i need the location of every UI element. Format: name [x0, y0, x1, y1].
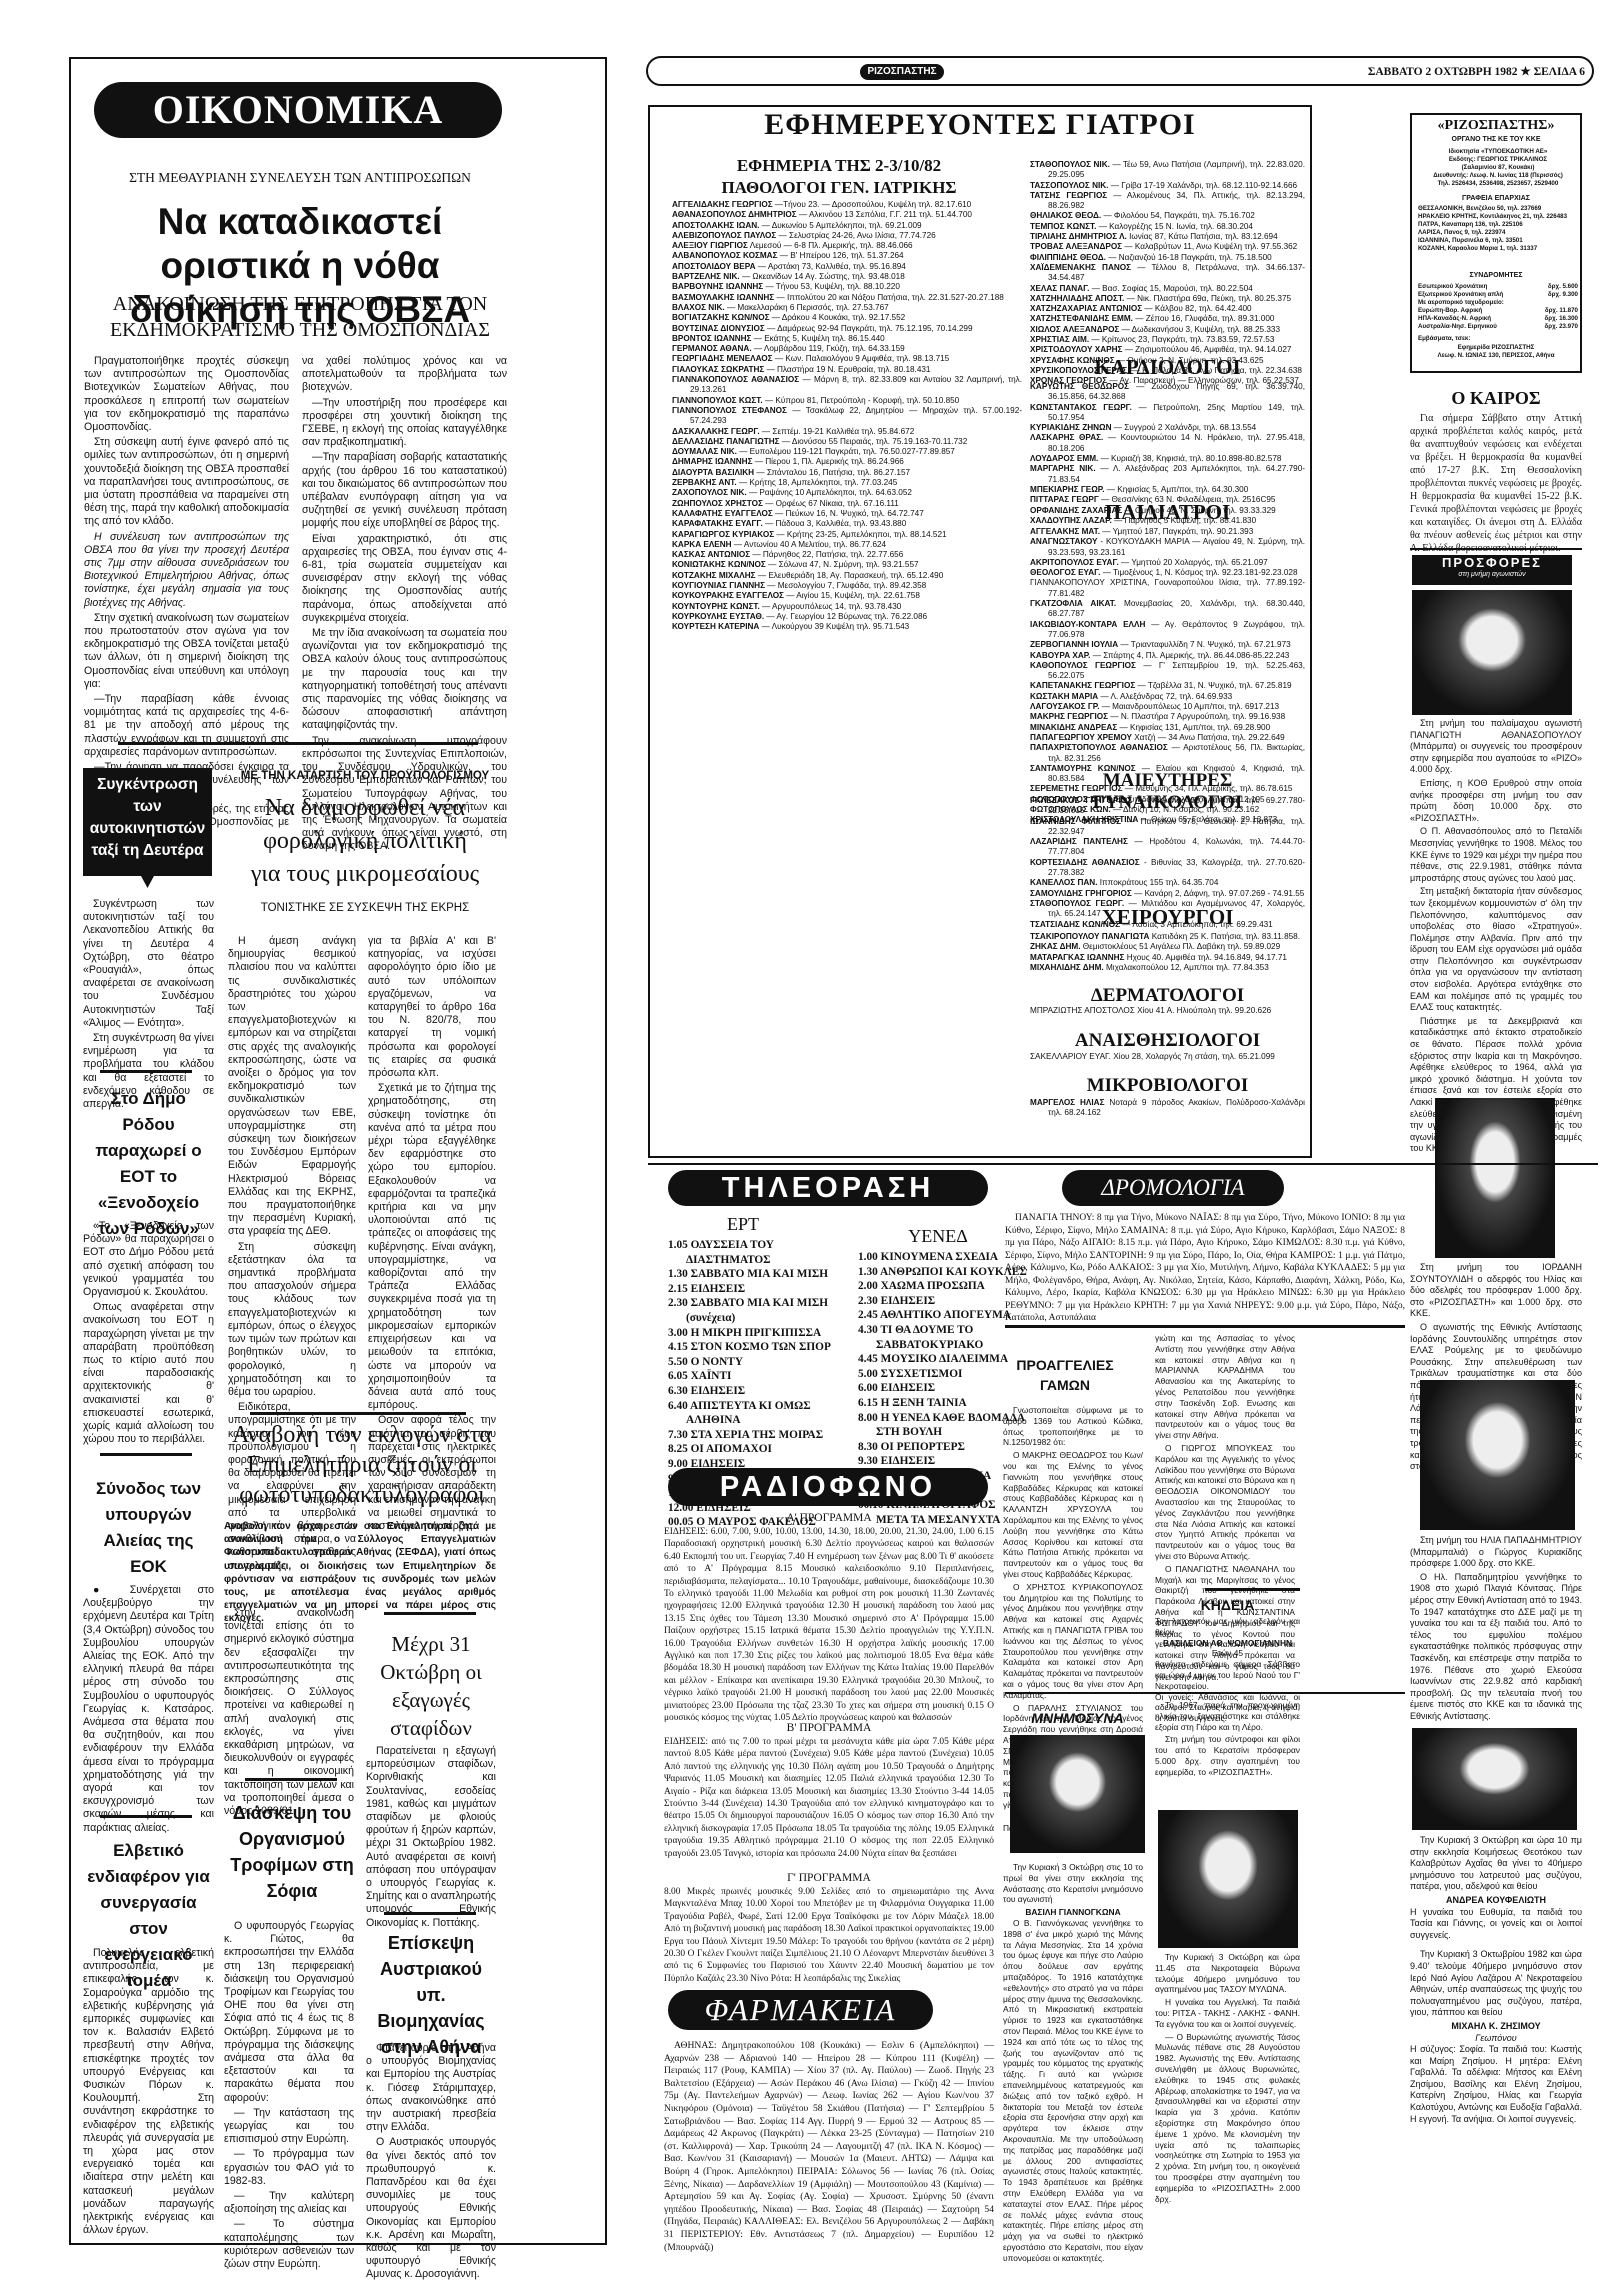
tv-program: 5.00 ΣΥΣΧΕΤΙΣΜΟΙ — [858, 1367, 1028, 1382]
paragraph: Στη σύσκεψη εξετάστηκαν όλα τα σημαντικά… — [228, 1241, 356, 1399]
doctor-entry: ΑΓΓΕΛΙΔΑΚΗΣ ΓΕΩΡΓΙΟΣ —Τήνου 23. — Δροσοπ… — [672, 200, 1022, 210]
doctor-entry: ΓΙΑΝΝΟΠΟΥΛΟΣ ΚΩΣΤ. — Κύπρου 81, Πετρούπο… — [672, 396, 1022, 406]
doctor-entry: ΓΙΑΝΝΑΚΟΠΟΥΛΟΥ ΧΡΙΣΤΙΝΑ, Γουναροπούλου Ι… — [1030, 578, 1305, 599]
paragraph: Η γυναίκα του Αγγελική. Τα παιδιά του: Ρ… — [1155, 1997, 1300, 2029]
doctor-entry: ΛΟΥΔΑΡΟΣ ΕΜΜ. — Κυριαζή 38, Κηφισιά, τηλ… — [1030, 454, 1305, 464]
memorial-text: Την Κυριακή 3 Οκτώβρη και ώρα 10 πμ στην… — [1410, 1835, 1582, 2127]
paragraph: Συγκέντρωση των αυτοκινητιστών ταξί του … — [83, 898, 214, 1030]
doctor-entry: ΧΡΗΣΤΙΑΣ ΑΙΜ. — Κρίτωνος 23, Παγκράτι, τ… — [1030, 335, 1305, 345]
subscription-row: Εσωτερικού Χρονιάτικηδρχ. 5.600 — [1418, 283, 1578, 291]
doctor-entry: ΚΟΤΖΑΚΗΣ ΜΙΧΑΛΗΣ — Ελευθεριάδη 18, Αγ. Π… — [672, 571, 1022, 581]
paragraph: Στη μνήμη του ΗΛΙΑ ΠΑΠΑΔΗΜΗΤΡΙΟΥ (Μπαρμπ… — [1410, 1535, 1582, 1570]
fao-headline: Διάσκεψη του Οργανισμού Τροφίμων στη Σόφ… — [228, 1800, 356, 1904]
doctor-entry: ΚΑΡΑΓΙΩΡΓΟΣ ΚΥΡΙΑΚΟΣ — Κρήτης 23-25, Αμπ… — [672, 530, 1022, 540]
colophon-office: ΠΑΤΡΑ, Καναπαρη 136, τηλ. 225106 — [1418, 221, 1578, 229]
taxi-headline: Συγκέντρωση των αυτοκινητιστών ταξί τη Δ… — [83, 768, 212, 868]
paragraph: — Το πρόγραμμα των εργασιών του ΦΑΟ γιά … — [224, 2148, 354, 2188]
doctor-entry: ΣΤΑΘΟΠΟΥΛΟΣ ΝΙΚ. — Τέω 59, Ανω Πατήσια (… — [1030, 160, 1305, 181]
memorial-title: Γεωπόνου — [1410, 2033, 1582, 2045]
doctor-entry: ΚΟΝΙΩΤΑΚΗΣ ΚΩΝ/ΝΟΣ — Σόλωνα 47, Ν. Σμύρν… — [672, 560, 1022, 570]
wedding-notice: Ο ΧΡΗΣΤΟΣ ΚΥΡΙΑΚΟΠΟΥΛΟΣ του Δημητρίου κα… — [1003, 1582, 1143, 1701]
paragraph: — Την κατάσταση της γεωργίας και του επι… — [224, 2107, 354, 2147]
doctor-entry: ΔΕΛΛΑΣΙΔΗΣ ΠΑΝΑΓΙΩΤΗΣ — Διονύσου 55 Πειρ… — [672, 437, 1022, 447]
colophon-line: Ιδιοκτησία «ΤΥΠΟΕΚΔΟΤΙΚΗ ΑΕ» — [1418, 148, 1578, 156]
swiss-body: Πολυμελής ελβετική αντιπροσωπεία, με επι… — [83, 1947, 214, 2239]
doctor-entry: ΚΟΥΝΤΟΥΡΗΣ ΚΩΝΣΤ. — Αργυρουπόλεως 14, τη… — [672, 602, 1022, 612]
eec-body: ● Συνέρχεται στο Λουξεμβούργο την ερχόμε… — [83, 1584, 214, 1837]
date-page: ΣΑΒΒΑΤΟ 2 ΟΧΤΩΒΡΗ 1982 ★ ΣΕΛΙΔΑ 6 — [1340, 64, 1585, 78]
doctor-entry: ΖΕΡΒΑΚΗΣ ΑΝΤ. — Κρήτης 18, Αμπελόκηποι, … — [672, 478, 1022, 488]
weddings-title: ΠΡΟΑΓΓΕΛΙΕΣ ΓΑΜΩΝ — [1010, 1355, 1120, 1395]
doctor-entry: ΜΑΤΑΡΑΓΚΑΣ ΙΩΑΝΝΗΣ Ηχους 40. Αμφιθέα τηλ… — [1030, 953, 1305, 963]
pathologists-list-continued: ΣΤΑΘΟΠΟΥΛΟΣ ΝΙΚ. — Τέω 59, Ανω Πατήσια (… — [1030, 160, 1305, 387]
doctor-entry: ΑΓΓΕΛΑΚΗΣ ΜΑΤ. — Υμηττού 187, Παγκράτι, … — [1030, 527, 1305, 537]
tax-kicker: ΜΕ ΤΗΝ ΚΑΤΑΡΤΙΣΗ ΤΟΥ ΠΡΟΫΠΟΛΟΓΙΣΜΟΥ — [240, 770, 490, 782]
offerings-banner-title: ΠΡΟΣΦΟΡΕΣ — [1412, 555, 1572, 570]
paragraph: Στη μνήμη του σύντροφοι και φίλοι του απ… — [1155, 1734, 1300, 1777]
section-title-surgeons: ΧΕΙΡΟΥΡΓΟΙ — [1030, 905, 1305, 930]
colophon-office: ΗΡΑΚΛΕΙΟ ΚΡΗΤΗΣ, Κοντιλάκηνος 21, τηλ. 2… — [1418, 213, 1578, 221]
tv-program: 6.05 ΧΑΪΝΤΙ — [668, 1369, 833, 1384]
doctor-entry: ΑΛΒΑΝΟΠΟΥΛΟΣ ΚΟΣΜΑΣ — Β' Ηπείρου 126, τη… — [672, 251, 1022, 261]
offerings-banner-subtitle: στη μνήμη αγωνιστών — [1412, 570, 1572, 580]
subscription-label: Με αεροπορικό ταχυδρομείο: — [1418, 299, 1504, 307]
colophon-office: ΙΩΑΝΝΙΝΑ, Πυρσινέλα 6, τηλ. 33501 — [1418, 237, 1578, 245]
subscription-row: Εξωτερικού Χρονιάτικη απλήδρχ. 9.300 — [1418, 291, 1578, 299]
portrait-photo — [1010, 1735, 1145, 1853]
subscription-row: Αυστραλία-Νησ. Ειρηνικούδρχ. 23.970 — [1418, 323, 1578, 331]
doctor-entry: ΚΟΥΚΟΥΡΑΚΗΣ ΕΥΑΓΓΕΛΟΣ — Αιγίου 15, Κυψέλ… — [672, 591, 1022, 601]
doctor-entry: ΧΑΤΖΗΖΑΧΑΡΙΑΣ ΑΝΤΩΝΙΟΣ — Κάλβου 82, τηλ.… — [1030, 304, 1305, 314]
doctor-entry: ΔΑΣΚΑΛΑΚΗΣ ΓΕΩΡΓ. — Σεπτέμ. 19-21 Καλλιθ… — [672, 427, 1022, 437]
paragraph: —Την παραβίαση σοβαρής καταστατικής αρχή… — [302, 451, 507, 530]
subscription-price: δρχ. 23.970 — [1544, 323, 1578, 331]
austria-body: Φτάνει αύριο στην Αθήνα ο υπουργός Βιομη… — [366, 2042, 496, 2284]
doctor-entry: ΧΙΩΛΟΣ ΑΛΕΞΑΝΔΡΟΣ — Δωδεκανήσου 3, Κυψέλ… — [1030, 325, 1305, 335]
paragraph: Είναι χαρακτηριστικό, ότι στις αρχαιρεσί… — [302, 533, 507, 625]
doctor-entry: ΒΑΡΒΟΥΝΗΣ ΙΩΑΝΝΗΣ — Τήνου 53, Κυψέλη, τη… — [672, 282, 1022, 292]
radio-program-a: ΕΙΔΗΣΕΙΣ: 6.00, 7.00, 9.00, 10.00, 13.00… — [664, 1526, 994, 1725]
doctor-entry: ΒΡΟΝΤΟΣ ΙΩΑΝΝΗΣ — Εκάτης 5, Κυψέλη τηλ. … — [672, 334, 1022, 344]
divider — [1410, 548, 1582, 550]
tv-program: 4.30 ΤΙ ΘΑ ΔΟΥΜΕ ΤΟ ΣΑΒΒΑΤΟΚΥΡΙΑΚΟ — [858, 1323, 1028, 1352]
memorial-name: ΑΝΔΡΕΑ ΚΟΥΦΕΛΙΩΤΗ — [1410, 1895, 1582, 1907]
divider — [250, 1412, 466, 1415]
paragraph: Ο Αυστριακός υπουργός θα γίνει δεκτός απ… — [366, 2136, 496, 2281]
tv-program: 2.45 ΑΘΛΗΤΙΚΟ ΑΠΟΓΕΥΜΑ — [858, 1308, 1028, 1323]
colophon-office: ΘΕΣΣΑΛΟΝΙΚΗ, Βενιζέλου 50, τηλ. 237669 — [1418, 205, 1578, 213]
paragraph: —Την παραβίαση κάθε έννοιας νομιμότητας … — [84, 693, 289, 759]
paragraph: — Ο Βυρωνιώτης αγωνιστής Τάσος Μυλωνάς π… — [1155, 2032, 1300, 2205]
ships-schedule: ΠΑΝΑΓΙΑ ΤΗΝΟΥ: 8 πμ για Τήνο, Μύκονο ΝΑΪ… — [1005, 1212, 1405, 1325]
funeral-lead: Τον λατρευτόν μας υιόν, αδελφόν και θείο… — [1155, 1616, 1300, 1638]
radio-banner: ΡΑΔΙΟΦΩΝΟ — [668, 1468, 988, 1506]
doctor-entry: ΚΟΥΓΙΟΥΝΙΑΣ ΓΙΑΝΝΗΣ — Μεσολογγίου 7, Γλυ… — [672, 581, 1022, 591]
section-title-pathologists: ΠΑΘΟΛΟΓΟΙ ΓΕΝ. ΙΑΤΡΙΚΗΣ — [664, 178, 1014, 198]
duty-date: ΕΦΗΜΕΡΙΑ ΤΗΣ 2-3/10/82 — [664, 156, 1014, 176]
colophon-line: Εφημερίδα ΡΙΖΟΣΠΑΣΤΗΣ — [1412, 344, 1580, 352]
divider — [648, 1163, 1598, 1165]
phototypists-headline: Αναβολή των εκλογών στα Επιμελητήρια ζητ… — [228, 1420, 496, 1510]
doctor-entry: ΧΑΪΔΕΜΕΝΑΚΗΣ ΠΑΝΟΣ — Τέλλου 8, Πετράλωνα… — [1030, 263, 1305, 284]
colophon-subscriptions: Εσωτερικού Χρονιάτικηδρχ. 5.600Εξωτερικο… — [1418, 283, 1578, 331]
doctor-entry: ΖΩΗΠΟΥΛΟΣ ΧΡΗΣΤΟΣ — Ορφέως 67 Νίκαια, τη… — [672, 499, 1022, 509]
paragraph: Οπως αναφέρεται στην ανακοίνωση του ΕΟΤ … — [83, 1301, 214, 1446]
colophon-title: «ΡΙΖΟΣΠΑΣΤΗΣ» — [1412, 118, 1580, 134]
colophon-office: ΚΟΖΑΝΗ, Καραολου Μαρια 1, τηλ. 31337 — [1418, 245, 1578, 253]
doctor-entry: ΖΗΚΑΣ ΔΗΜ. Θεμιστοκλέους 51 Αιγάλεω Πλ. … — [1030, 942, 1305, 952]
portrait-photo — [1435, 1098, 1555, 1258]
section-title-cardiologists: ΚΑΡΔΙΟΛΟΓΟΙ — [1030, 355, 1305, 380]
tv-program: 2.15 ΕΙΔΗΣΕΙΣ — [668, 1282, 833, 1297]
subscription-price: δρχ. 5.600 — [1548, 283, 1578, 291]
tv-program: 1.30 ΣΑΒΒΑΤΟ ΜΙΑ ΚΑΙ ΜΙΣΗ — [668, 1267, 833, 1282]
doctor-entry: ΑΚΡΙΤΟΠΟΥΛΟΣ ΕΥΑΓ. — Υμηττού 20 Χολαργός… — [1030, 558, 1305, 568]
radio-program-c: 8.00 Μικρές πρωινές μουσικές 9.00 Σελίδε… — [664, 1886, 994, 1985]
subscription-price: δρχ. 9.300 — [1548, 291, 1578, 299]
tv-program: 8.25 ΟΙ ΑΠΟΜΑΧΟΙ — [668, 1442, 833, 1457]
doctor-entry: ΚΥΡΙΑΚΙΔΗΣ ΖΗΝΩΝ — Συγγρού 2 Χαλάνδρι, τ… — [1030, 423, 1305, 433]
doctor-entry: ΤΡΟΒΑΣ ΑΛΕΞΑΝΔΡΟΣ — Καλαβρύτων 11, Ανω Κ… — [1030, 242, 1305, 252]
doctor-entry: ΚΑΘΟΠΟΥΛΟΣ ΓΕΩΡΓΙΟΣ — Γ' Σεπτεμβρίου 19,… — [1030, 661, 1305, 682]
paragraph: Η συνέλευση των αντιπροσώπων της ΟΒΣΑ πο… — [84, 531, 289, 610]
doctor-entry: ΘΗΛΙΑΚΟΣ ΘΕΟΔ. — Φιλολόου 54, Παγκράτι, … — [1030, 211, 1305, 221]
funeral-age: Ετών 45 — [1155, 1648, 1300, 1659]
doctor-entry: ΔΟΥΜΑΛΑΣ ΝΙΚ. — Ευπολέμου 119-121 Παγκρά… — [672, 447, 1022, 457]
pharmacies-list: ΑΘΗΝΑΣ: Δημητρακοπούλου 108 (Κουκάκι) — … — [664, 2040, 994, 2254]
tv-program: 1.00 ΚΙΝΟΥΜΕΝΑ ΣΧΕΔΙΑ — [858, 1250, 1028, 1265]
tax-subhead: ΤΟΝΙΣΤΗΚΕ ΣΕ ΣΥΣΚΕΨΗ ΤΗΣ ΕΚΡΗΣ — [240, 902, 490, 914]
paragraph: Το 1967, παρά την προχωρημένη ηλικία του… — [1155, 1700, 1300, 1732]
doctor-entry: ΜΠΡΑΖΙΩΤΗΣ ΑΠΟΣΤΟΛΟΣ Χίου 41 Α. Ηλιούπολ… — [1030, 1006, 1305, 1016]
offering-text: Στη μνήμη του ΗΛΙΑ ΠΑΠΑΔΗΜΗΤΡΙΟΥ (Μπαρμπ… — [1410, 1535, 1582, 1725]
doctor-entry: ΓΙΑΛΟΥΚΑΣ ΣΩΚΡΑΤΗΣ — Πλαστήρα 19 Ν. Ερυθ… — [672, 365, 1022, 375]
colophon-details: Ιδιοκτησία «ΤΥΠΟΕΚΔΟΤΙΚΗ ΑΕ»Εκδότης: ΓΕΩ… — [1418, 148, 1578, 188]
doctor-entry: ΑΠΟΣΤΟΛΑΚΗΣ ΙΩΑΝ. — Δυκωνίου 5 Αμπελόκηπ… — [672, 221, 1022, 231]
doctor-entry: ΘΕΟΛΟΓΟΣ ΕΥΑΓ. — Τιμοξένους 1, Ν. Κόσμος… — [1030, 568, 1305, 578]
tv-program: 4.15 ΣΤΟΝ ΚΟΣΜΟ ΤΩΝ ΣΠΟΡ — [668, 1340, 833, 1355]
paragraph: Γνωστοποιείται σύμφωνα με το άρθρο 1369 … — [1003, 1405, 1143, 1448]
doctor-entry: ΒΟΓΙΑΤΖΑΚΗΣ ΚΩΝ/ΝΟΣ — Δράκου 4 Κουκάκι, … — [672, 313, 1022, 323]
colophon-office: ΛΑΡΙΣΑ, Πανος 9, τηλ. 223974 — [1418, 229, 1578, 237]
doctor-entry: ΚΑΡΑΦΑΤΑΚΗΣ ΕΥΑΓΓ. — Πάδουα 3, Καλλιθέα,… — [672, 519, 1022, 529]
paragraph: να χαθεί πολύτιμος χρόνος και να αποτελμ… — [302, 355, 507, 395]
paragraph: Ο Π. Αθανασόπουλος από το Πεταλίδι Μεσση… — [1410, 826, 1582, 884]
wedding-notice: Ο ΓΙΩΡΓΟΣ ΜΠΟΥΚΕΑΣ του Καρόλου και της Α… — [1155, 1443, 1295, 1562]
colophon-remit-label: Εμβάσματα, τσεκ: — [1418, 335, 1578, 342]
subscription-row: Ευρώπη-Βορ. Αφρικήδρχ. 11.870 — [1418, 307, 1578, 315]
colophon-line: (Σαλαμινίου 87, Κουκάκι) — [1418, 164, 1578, 172]
portrait-photo — [1158, 1810, 1298, 1948]
doctor-entry: ΧΑΤΖΗΣΤΕΦΑΝΙΔΗΣ ΕΜΜ. — Ζέπου 16, Γλυφάδα… — [1030, 314, 1305, 324]
memorial-text: Την Κυριακή 3 Οκτώβρη και ώρα 11.45 στα … — [1155, 1952, 1300, 2206]
subscription-price: δρχ. 16.300 — [1544, 315, 1578, 323]
colophon-remit: Εφημερίδα ΡΙΖΟΣΠΑΣΤΗΣΛεωφ. Ν. ΙΩΝΙΑΣ 130… — [1412, 344, 1580, 360]
paragraph: Πολυμελής ελβετική αντιπροσωπεία, με επι… — [83, 1947, 214, 2237]
doctor-entry: ΛΑΖΑΡΙΔΗΣ ΠΑΝΤΕΛΗΣ — Ηροδότου 4, Κολωνάκ… — [1030, 837, 1305, 858]
doctor-entry: ΔΗΜΑΡΗΣ ΙΩΑΝΝΗΣ — Πίερου 1, Πλ. Αμερικής… — [672, 457, 1022, 467]
paper-name: ΡΙΖΟΣΠΑΣΤΗΣ — [860, 64, 944, 80]
tv-program: 4.45 ΜΟΥΣΙΚΟ ΔΙΑΛΕΙΜΜΑ — [858, 1352, 1028, 1367]
pharmacies-banner: ΦΑΡΜΑΚΕΙΑ — [668, 1990, 933, 2030]
radio-program-b-title: Β' ΠΡΟΓΡΑΜΜΑ — [664, 1722, 994, 1734]
ships-banner: ΔΡΟΜΟΛΟΓΙΑ ΠΛΟΙΩΝ — [1062, 1170, 1284, 1206]
portrait-photo — [1412, 1728, 1577, 1830]
tv-channel-ert: ΕΡΤ — [668, 1214, 818, 1235]
tv-program: 7.30 ΣΤΑ ΧΕΡΙΑ ΤΗΣ ΜΟΙΡΑΣ — [668, 1428, 833, 1443]
section-title-dermatologists: ΔΕΡΜΑΤΟΛΟΓΟΙ — [1030, 985, 1305, 1007]
doctor-entry: ΧΕΛΑΣ ΠΑΝΑΓ. — Βασ. Σοφίας 15, Μαρούσι, … — [1030, 284, 1305, 294]
funeral-title: ΚΗΔΕΙΑ — [1155, 1597, 1300, 1613]
doctor-entry: ΣΑΜΟΥΛΙΔΗΣ ΓΡΗΓΟΡΙΟΣ — Κανάρη 2, Δάφνη, … — [1030, 889, 1305, 899]
doctor-entry: ΤΕΜΠΟΣ ΚΩΝΣΤ. — Καλογρέζης 15 Ν. Ιωνία, … — [1030, 222, 1305, 232]
raisins-headline: Μέχρι 31 Οκτώβρη οι εξαγωγές σταφίδων — [366, 1630, 496, 1742]
paragraph: Στην σχετική ανακοίνωση των σωματείων πο… — [84, 612, 289, 691]
dermatologists-list: ΜΠΡΑΖΙΩΤΗΣ ΑΠΟΣΤΟΛΟΣ Χίου 41 Α. Ηλιούπολ… — [1030, 1006, 1305, 1016]
doctor-entry: ΚΑΠΕΤΑΝΑΚΗΣ ΓΕΩΡΓΙΟΣ — Τζαβέλλα 31, Ν. Ψ… — [1030, 681, 1305, 691]
tax-headline: Να διαμορφωθεί νέα φορολογική πολιτική γ… — [250, 792, 480, 891]
tv-program: 1.30 ΑΝΘΡΩΠΟΙ ΚΑΙ ΚΟΥΚΛΕΣ — [858, 1265, 1028, 1280]
doctor-entry: ΚΟΥΡΚΟΥΛΗΣ ΕΥΣΤΑΘ. — Αγ. Γεωργίου 12 Βύρ… — [672, 612, 1022, 622]
divider — [384, 1912, 476, 1915]
paragraph: — Την καλύτερη αξιοποίηση της αλιείας κα… — [224, 2190, 354, 2216]
divider — [118, 742, 478, 745]
paragraph: —Την υποστήριξη που προσέφερε και προσφέ… — [302, 397, 507, 450]
anesthesiologists-list: ΣΑΚΕΛΛΑΡΙΟΥ ΕΥΑΓ. Χίου 28, Χολαργός 7η σ… — [1030, 1052, 1305, 1062]
memorial-name: ΜΙΧΑΗΛ Κ. ΖΗΣΙΜΟΥ — [1410, 2021, 1582, 2033]
doctor-entry: ΑΛΕΞΙΟΥ ΓΙΩΡΓΙΟΣ Λεμεσού — 6-8 Πλ. Αμερι… — [672, 241, 1022, 251]
subscription-price: δρχ. 11.870 — [1545, 307, 1578, 315]
doctor-entry: ΧΑΤΖΗΗΛΙΑΔΗΣ ΑΠΟΣΤ. — Νικ. Πλαστήρα 69α,… — [1030, 294, 1305, 304]
paragraph: ● Συνέρχεται στο Λουξεμβούργο την ερχόμε… — [83, 1584, 214, 1835]
colophon-line: Τηλ. 2526434, 2536498, 2523657, 2529400 — [1418, 180, 1578, 188]
tv-program: 6.30 ΕΙΔΗΣΕΙΣ — [668, 1384, 833, 1399]
doctor-entry: ΜΠΕΚΙΑΡΗΣ ΓΕΩΡ. — Κηφισίας 5, Αμπ/ποι, τ… — [1030, 485, 1305, 495]
colophon-subtitle: ΟΡΓΑΝΟ ΤΗΣ ΚΕ ΤΟΥ ΚΚΕ — [1412, 136, 1580, 143]
doctor-entry: ΚΑΣΚΑΣ ΑΝΤΩΝΙΟΣ — Πάρνηθος 22, Πατήσια, … — [672, 550, 1022, 560]
doctor-entry: ΤΑΣΣΟΠΟΥΛΟΣ ΝΙΚ. — Γρίβα 17-19 Χαλάνδρι,… — [1030, 181, 1305, 191]
doctor-entry: ΑΠΟΣΤΟΛΙΔΟΥ ΒΕΡΑ — Αρστάκη 73, Καλλιθέα,… — [672, 262, 1022, 272]
doctor-entry: ΜΑΡΓΑΡΗΣ ΝΙΚ. — Λ. Αλεξάνδρας 203 Αμπελό… — [1030, 464, 1305, 485]
doctor-entry: ΓΚΛΕΖΑΚΟΣ ΓΡΗΓΟΡΙΟΣ — Κηφισίας 58, Αμπ/π… — [1030, 796, 1305, 817]
section-title-pediatricians: ΠΑΙΔΙΑΤΡΟΙ — [1030, 500, 1305, 525]
doctor-entry: ΔΙΑΟΥΡΤΑ ΒΑΣΙΛΙΚΗ — Σπάνταλου 16, Πατήσι… — [672, 468, 1022, 478]
tv-program: 6.40 ΑΠΙΣΤΕΥΤΑ ΚΙ ΟΜΩΣ ΑΛΗΘΙΝΑ — [668, 1399, 833, 1428]
weather-text: Για σήμερα Σάββατο στην Αττική αρχικά πρ… — [1410, 412, 1582, 555]
paragraph: «Το «Ξενοδοχείο των Ρόδων» θα παραχωρήσε… — [83, 1220, 214, 1299]
doctor-entry: ΑΝΑΓΝΩΣΤΑΚΟΥ - ΚΟΥΚΟΥΔΑΚΗ ΜΑΡΙΑ — Αιγαίο… — [1030, 537, 1305, 558]
divider — [100, 1070, 192, 1073]
lead-kicker: ΣΤΗ ΜΕΘΑΥΡΙΑΝΗ ΣΥΝΕΛΕΥΣΗ ΤΩΝ ΑΝΤΙΠΡΟΣΩΠΩ… — [90, 170, 510, 186]
subscription-label: Ευρώπη-Βορ. Αφρική — [1418, 307, 1482, 315]
tv-program: 6.00 ΕΙΔΗΣΕΙΣ — [858, 1381, 1028, 1396]
doctor-entry: ΚΩΝΣΤΑΝΤΑΚΟΣ ΓΕΩΡΓ. — Πετρούπολη, 25ης Μ… — [1030, 403, 1305, 424]
doctor-entry: ΜΙΝΑΚΙΔΗΣ ΑΝΔΡΕΑΣ — Κηφισίας 131, Αμπ/πο… — [1030, 723, 1305, 733]
portrait-photo — [1420, 1380, 1575, 1530]
doctor-entry: ΤΑΤΣΗΣ ΓΕΩΡΓΙΟΣ — Αλκομένους 34, Πλ. Αττ… — [1030, 191, 1305, 212]
doctor-entry: ΜΑΡΓΕΛΟΣ ΗΛΙΑΣ Νοταρά 9 πάροδος Ακακίων,… — [1030, 1098, 1305, 1119]
doctor-entry: ΤΣΑΚΙΡΟΠΟΥΛΟΥ ΠΑΝΑΓΙΩΤΑ Καπιδάκη 25 Κ. Π… — [1030, 932, 1305, 942]
paragraph: Ο υφυπουργός Γεωργίας κ. Γιώτος, θα εκπρ… — [224, 1920, 354, 2105]
paragraph: Την Κυριακή 3 Οκτωβρίου 1982 και ώρα 9.4… — [1410, 1949, 1582, 2019]
austria-headline: Επίσκεψη Αυστριακού υπ. Βιομηχανίας στην… — [366, 1930, 496, 2060]
paragraph: Επίσης, η ΚΟΘ Ερυθρού στην οποία ανήκε π… — [1410, 778, 1582, 824]
paragraph: Την Κυριακή 3 Οκτώβρη και ώρα 10 πμ στην… — [1410, 1835, 1582, 1893]
memorial-name: ΒΑΣΙΛΗ ΓΙΑΝΝΟΓΚΩΝΑ — [1003, 1907, 1143, 1918]
divider — [384, 1612, 476, 1615]
offerings-banner: ΠΡΟΣΦΟΡΕΣ στη μνήμη αγωνιστών — [1412, 555, 1572, 585]
colophon-line: Διευθυντής: Λεωφ. Ν. Ιωνίας 118 (Περισσό… — [1418, 172, 1578, 180]
tv-program: 2.30 ΕΙΔΗΣΕΙΣ — [858, 1294, 1028, 1309]
doctor-entry: ΜΑΚΡΗΣ ΓΕΩΡΓΙΟΣ — Ν. Πλαστήρα 7 Αργυρούπ… — [1030, 712, 1305, 722]
paragraph: Ο Ηλ. Παπαδημητρίου γεννήθηκε το 1908 στ… — [1410, 1572, 1582, 1723]
pathologists-list: ΑΓΓΕΛΙΔΑΚΗΣ ΓΕΩΡΓΙΟΣ —Τήνου 23. — Δροσοπ… — [672, 200, 1022, 632]
divider — [100, 1453, 192, 1456]
colophon-line: Λεωφ. Ν. ΙΩΝΙΑΣ 130, ΠΕΡΙΣΣΟΣ, Αθήνα — [1412, 352, 1580, 360]
tv-program: 3.00 Η ΜΙΚΡΗ ΠΡΙΓΚΙΠΙΣΣΑ — [668, 1326, 833, 1341]
doctor-entry: ΓΕΩΡΓΙΑΔΗΣ ΜΕΝΕΛΑΟΣ — Κων. Παλαιολόγου 9… — [672, 354, 1022, 364]
phototypists-body: Στην ανακοίνωση τονίζεται επίσης ότι το … — [224, 1607, 354, 1818]
lead-subhead: ΑΝΑΚΟΙΝΩΣΗ ΤΗΣ ΕΠΙΤΡΟΠΗΣ ΓΙΑ ΤΟΝ ΕΚΔΗΜΟΚ… — [95, 291, 505, 343]
taxi-headline-box: Συγκέντρωση των αυτοκινητιστών ταξί τη Δ… — [83, 768, 212, 888]
doctor-entry: ΚΑΝΕΛΛΟΣ ΠΑΝ. Ιπποκράτους 155 τηλ. 64.35… — [1030, 878, 1305, 888]
paragraph: Την Κυριακή 3 Οκτώβρη στις 10 το πρωί θα… — [1003, 1862, 1143, 1905]
tv-program: 2.30 ΣΑΒΒΑΤΟ ΜΙΑ ΚΑΙ ΜΙΣΗ (συνέχεια) — [668, 1296, 833, 1325]
colophon-subs-title: ΣΥΝΔΡΟΜΗΤΕΣ — [1412, 272, 1580, 279]
doctor-entry: ΣΑΚΕΛΛΑΡΙΟΥ ΕΥΑΓ. Χίου 28, Χολαργός 7η σ… — [1030, 1052, 1305, 1062]
doctor-entry: ΦΙΛΙΠΠΙΔΗΣ ΘΕΟΔ. — Ναζιανζού 16-18 Παγκρ… — [1030, 253, 1305, 263]
radio-program-c-title: Γ' ΠΡΟΓΡΑΜΜΑ — [664, 1872, 994, 1884]
offering-text: Στη μνήμη του παλαίμαχου αγωνιστή ΠΑΝΑΓΙ… — [1410, 718, 1582, 1157]
divider — [1205, 1588, 1300, 1591]
colophon-offices: ΘΕΣΣΑΛΟΝΙΚΗ, Βενιζέλου 50, τηλ. 237669ΗΡ… — [1418, 205, 1578, 253]
paragraph: Την Κυριακή 3 Οκτώβρη και ώρα 11.45 στα … — [1155, 1952, 1300, 1995]
section-title-anesthesiologists: ΑΝΑΙΣΘΗΣΙΟΛΟΓΟΙ — [1030, 1030, 1305, 1052]
doctor-entry: ΛΑΣΚΑΡΗΣ ΘΡΑΣ. — Κουντουριώτου 14 Ν. Ηρά… — [1030, 433, 1305, 454]
paragraph: — Το σύστημα καταπολέμησης των κυριότερω… — [224, 2218, 354, 2271]
subscription-label: ΗΠΑ-Καναδάς-Ν. Αφρική — [1418, 315, 1491, 323]
paragraph: Στη μεταξική δικτατορία ήταν σύνδεσμος τ… — [1410, 886, 1582, 1014]
doctor-entry: ΑΛΕΒΙΖΟΠΟΥΛΟΣ ΠΑΥΛΟΣ — Σελυστρίας 24-26,… — [672, 231, 1022, 241]
colophon-offices-title: ΓΡΑΦΕΙΑ ΕΠΑΡΧΙΑΣ — [1412, 195, 1580, 202]
funeral-text: θανόντα κηδεύομε σήμερα Σάββατο και ώρα … — [1155, 1659, 1300, 1691]
paragraph: Με την ίδια ανακοίνωση τα σωματεία που α… — [302, 627, 507, 733]
paragraph: Η άμεση ανάγκη δημιουργίας θεσμικού πλαι… — [228, 935, 356, 1239]
doctor-entry: ΒΑΣΜΟΥΛΑΚΗΣ ΙΩΑΝΝΗΣ — Ιππολύτου 20 και Ν… — [672, 293, 1022, 303]
subscription-row: Με αεροπορικό ταχυδρομείο: — [1418, 299, 1578, 307]
paragraph: Στη μνήμη του παλαίμαχου αγωνιστή ΠΑΝΑΓΙ… — [1410, 718, 1582, 776]
wedding-notice: γιώτη και της Ασπασίας το γένος Αντίστη … — [1155, 1333, 1295, 1441]
doctor-entry: ΓΙΑΝΝΟΠΟΥΛΟΣ ΣΤΕΦΑΝΟΣ — Τσακάλωφ 22, Δημ… — [672, 406, 1022, 427]
colophon-line: Εκδότης: ΓΕΩΡΓΙΟΣ ΤΡΙΚΑΛΙΝΟΣ — [1418, 156, 1578, 164]
doctor-entry: ΚΑΡΚΑ ΕΛΕΝΗ — Αντωνίου 40 Α Μελιτίου, τη… — [672, 540, 1022, 550]
paragraph: για τα βιβλία Α' και Β' κατηγορίας, να ι… — [368, 935, 496, 1080]
doctor-entry: ΓΙΑΝΝΑΚΟΠΟΥΛΟΣ ΑΘΑΝΑΣΙΟΣ — Μάρνη 8, τηλ.… — [672, 375, 1022, 396]
doctor-entry: ΛΑΓΟΥΣΑΚΟΣ ΓΡ. — Μαιανδρουπόλεως 10 Αμπ/… — [1030, 702, 1305, 712]
doctor-entry: ΚΑΛΑΦΑΤΗΣ ΕΥΑΓΓΕΛΟΣ — Πεύκων 16, Ν. Ψυχι… — [672, 509, 1022, 519]
taxi-body: Συγκέντρωση των αυτοκινητιστών ταξί του … — [83, 898, 214, 1113]
doctor-entry: ΠΑΠΑΓΕΩΡΓΙΟΥ ΧΡΕΜΟΥ Χατζή — 34 Ανω Πατήσ… — [1030, 733, 1305, 743]
doctors-title: ΕΦΗΜΕΡΕΥΟΝΤΕΣ ΓΙΑΤΡΟΙ — [660, 108, 1300, 142]
tv-channel-yened: ΥΕΝΕΔ — [858, 1226, 1018, 1247]
wedding-notice: Ο ΜΑΚΡΗΣ ΘΕΟΔΩΡΟΣ του Κων/νου και της Ελ… — [1003, 1450, 1143, 1580]
tv-program: 2.00 ΧΑΩΜΑ ΠΡΟΣΩΠΑ — [858, 1279, 1028, 1294]
doctor-entry: ΓΕΡΜΑΝΟΣ ΑΘΑΝΑ. — Λομβάρδου 119, Γκύζη, … — [672, 344, 1022, 354]
tv-banner: ΤΗΛΕΟΡΑΣΗ — [668, 1170, 988, 1206]
doctor-entry: ΚΑΡΥΩΤΗΣ ΘΕΟΔΩΡΟΣ — Ζωοδόχου Πηγής 69, τ… — [1030, 382, 1305, 403]
doctor-entry: ΙΑΚΩΒΙΔΟΥ-ΚΟΝΤΑΡΑ ΕΛΛΗ — Αγ. Θεράποντος … — [1030, 620, 1305, 641]
paragraph: Ο Β. Γιαννόγκωνας γεννήθηκε το 1898 σ' έ… — [1003, 1918, 1143, 2264]
raisins-body: Παρατείνεται η εξαγωγή εμπορεύσιμων σταφ… — [366, 1745, 496, 1930]
memorial-text: Την Κυριακή 3 Οκτώβρη στις 10 το πρωί θα… — [1003, 1862, 1143, 2265]
doctor-entry: ΙΩΑΝΝΙΔΗΣ ΦΙΛΙΠΠΟΣ — Πατησίων 378, Θεοτό… — [1030, 817, 1305, 838]
subscription-row: ΗΠΑ-Καναδάς-Ν. Αφρικήδρχ. 16.300 — [1418, 315, 1578, 323]
doctor-entry: ΑΘΑΝΑΣΟΠΟΥΛΟΣ ΔΗΜΗΤΡΙΟΣ — Αλκινόου 13 Σε… — [672, 210, 1022, 220]
surgeons-list: ΤΣΑΚΙΡΟΠΟΥΛΟΥ ΠΑΝΑΓΙΩΤΑ Καπιδάκη 25 Κ. Π… — [1030, 932, 1305, 973]
rhodes-headline: Στο Δήμο Ρόδου παραχωρεί ο ΕΟΤ το «Ξενοδ… — [83, 1086, 214, 1242]
doctor-entry: ΓΚΑΤΖΟΦΛΙΑ ΑΙΚΑΤ. Μονεμβασίας 20, Χαλάνδ… — [1030, 599, 1305, 620]
eec-headline: Σύνοδος των υπουργών Αλιείας της ΕΟΚ — [83, 1476, 214, 1580]
doctor-entry: ΒΟΥΤΣΙΝΑΣ ΔΙΟΝΥΣΙΟΣ — Δαμάρεως 92-94 Παγ… — [672, 324, 1022, 334]
paragraph: Στη μνήμη του ΙΟΡΔΑΝΗ ΣΟΥΝΤΟΥΛΙΔΗ ο αδερ… — [1410, 1262, 1582, 1320]
radio-program-b: ΕΙΔΗΣΕΙΣ: από τις 7.00 το πρωί μέχρι τα … — [664, 1736, 994, 1860]
radio-program-a-title: Α' ΠΡΟΓΡΑΜΜΑ — [664, 1512, 994, 1524]
paragraph: Στη σύσκεψη αυτή έγινε φανερό από τις ομ… — [84, 436, 289, 528]
memorial-text: Το 1967, παρά την προχωρημένη ηλικία του… — [1155, 1700, 1300, 1780]
doctor-entry: ΒΛΑΧΟΣ ΝΙΚ. — Μακελλαράκη 6 Περισσός, τη… — [672, 303, 1022, 313]
subscription-label: Εσωτερικού Χρονιάτικη — [1418, 283, 1487, 291]
paragraph: Φτάνει αύριο στην Αθήνα ο υπουργός Βιομη… — [366, 2042, 496, 2134]
paragraph: Πραγματοποιήθηκε προχτές σύσκεψη των αντ… — [84, 355, 289, 434]
tv-program: 5.50 Ο ΝΟΝΤΥ — [668, 1355, 833, 1370]
doctor-entry: ΚΟΡΤΕΣΙΑΔΗΣ ΑΘΑΝΑΣΙΟΣ - Βιθυνίας 33, Καλ… — [1030, 858, 1305, 879]
fao-body: Ο υφυπουργός Γεωργίας κ. Γιώτος, θα εκπρ… — [224, 1920, 354, 2273]
doctor-entry: ΚΑΒΟΥΡΑ ΧΑΡ. — Σπάρτης 4, Πλ. Αμερικής, … — [1030, 651, 1305, 661]
doctor-entry: ΖΕΡΒΟΓΙΑΝΝΗ ΙΟΥΛΙΑ — Τριανταφυλλίδη 7 Ν.… — [1030, 640, 1305, 650]
paragraph: Η γυναίκα του Ευθυμία, τα παιδιά του Τασ… — [1410, 1907, 1582, 1942]
section-title-microbiologists: ΜΙΚΡΟΒΙΟΛΟΓΟΙ — [1030, 1075, 1305, 1097]
memorials-title: ΜΝΗΜΟΣΥΝΑ — [1010, 1710, 1145, 1726]
rhodes-body: «Το «Ξενοδοχείο των Ρόδων» θα παραχωρήσε… — [83, 1220, 214, 1448]
microbiologists-list: ΜΑΡΓΕΛΟΣ ΗΛΙΑΣ Νοταρά 9 πάροδος Ακακίων,… — [1030, 1098, 1305, 1119]
subscription-label: Αυστραλία-Νησ. Ειρηνικού — [1418, 323, 1497, 331]
divider — [100, 1815, 192, 1818]
doctor-entry: ΒΑΡΤΖΕΛΗΣ ΝΙΚ. — Ωκεανίδων 14 Αγ. Σώστης… — [672, 272, 1022, 282]
portrait-photo — [1412, 590, 1572, 715]
divider — [1005, 1692, 1405, 1694]
doctor-entry: ΚΩΣΤΑΚΗ ΜΑΡΙΑ — Λ. Αλεξάνδρας 72, τηλ. 6… — [1030, 692, 1305, 702]
divider — [1005, 1325, 1405, 1328]
funeral-name: ΒΑΣΙΛΕΙΟΝ ΑΘ. ΨΩΜΟΓΙΑΝΝΗΝ — [1155, 1638, 1300, 1649]
doctor-entry: ΠΑΠΑΧΡΙΣΤΟΠΟΥΛΟΣ ΑΘΑΝΑΣΙΟΣ — Αριστοτέλου… — [1030, 743, 1305, 764]
doctor-entry: ΤΙΡΛΙΑΗΣ ΔΗΜΗΤΡΙΟΣ Λ. Ιωνίας 87, Κάτω Πα… — [1030, 232, 1305, 242]
doctor-entry: ΖΑΧΟΠΟΥΛΟΣ ΝΙΚ. — Ραψάνης 10 Αμπελόκηποι… — [672, 488, 1022, 498]
doctor-entry: ΚΟΥΡΤΕΣΗ ΚΑΤΕΡΙΝΑ — Λυκούργου 39 Κυψέλη … — [672, 622, 1022, 632]
weather-title: Ο ΚΑΙΡΟΣ — [1410, 388, 1582, 409]
tv-program: 1.05 ΟΔΥΣΣΕΙΑ ΤΟΥ ΔΙΑΣΤΗΜΑΤΟΣ — [668, 1238, 833, 1267]
divider — [245, 1778, 337, 1781]
paragraph: Η σύζυγος: Σοφία. Τα παιδιά του: Κωστής … — [1410, 2044, 1582, 2125]
subscription-label: Εξωτερικού Χρονιάτικη απλή — [1418, 291, 1503, 299]
section-banner-economic: ΟΙΚΟΝΟΜΙΚΑ ΘΕΜΑΤΑ — [94, 82, 502, 138]
doctor-entry: ΜΙΧΑΗΛΙΔΗΣ ΔΗΜ. Μιχαλακοπούλου 12, Αμπ/π… — [1030, 963, 1305, 973]
paragraph: Σχετικά με το ζήτημα της χρηματοδότησης,… — [368, 1082, 496, 1412]
